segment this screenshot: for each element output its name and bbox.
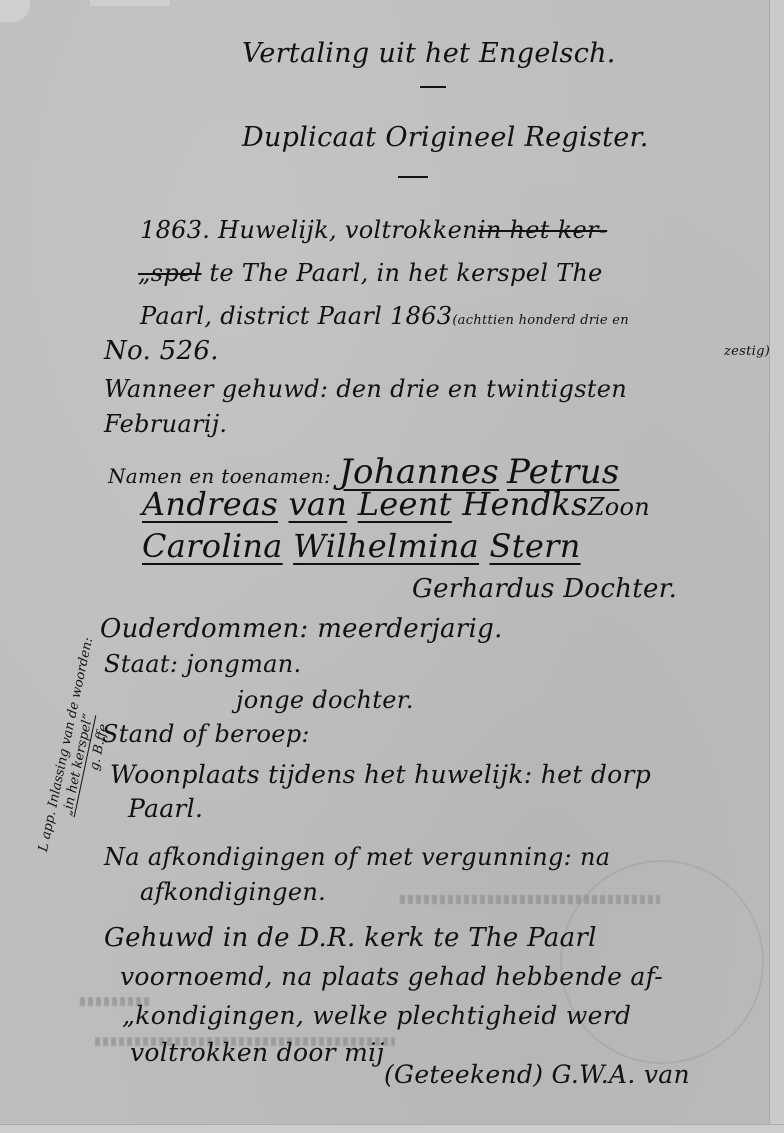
bride-patronym: Gerhardus Dochter. [412,576,677,602]
year-in-words-cont: zestig) [724,345,770,358]
struck-text: in het ker- [478,216,607,244]
bleed-through-text [400,895,660,904]
closing-line-1: Gehuwd in de D.R. kerk te The Paarl [104,925,597,951]
document-page: Vertaling uit het Engelsch. Duplicaat Or… [0,0,784,1133]
groom-surname: Leent [358,485,452,523]
entry-location: te The Paarl, in het kerspel The [202,259,603,287]
married-when-label: Wanneer gehuwd: [104,375,328,403]
ages-label: Ouderdommen: [100,614,309,644]
residence-label: Woonplaats tijdens het huwelijk: [110,760,533,789]
torn-corner [0,0,30,22]
names-row: Namen en toenamen: Johannes Petrus [108,455,620,489]
entry-district: Paarl, district Paarl 1863 [140,302,452,330]
residence-value: het dorp [541,760,651,789]
status-bride: jonge dochter. [236,688,414,712]
bride-surname: Stern [490,527,581,565]
residence-value-cont: Paarl. [128,796,203,821]
banns-value: na [580,843,610,871]
signature-line: (Geteekend) G.W.A. van [384,1062,690,1087]
status-groom: jongman. [186,650,301,678]
document-title: Vertaling uit het Engelsch. [242,40,616,67]
married-when-value-cont: Februarij. [104,412,227,436]
groom-patronym: Hendks [462,485,588,523]
paper-edge-bottom [0,1124,784,1133]
title-divider [420,86,446,88]
closing-line-4: voltrokken door mij [130,1040,385,1065]
bride-first-name: Carolina [142,527,283,565]
status-row: Staat: jongman. [104,652,301,676]
closing-line-2: voornoemd, na plaats gehad hebbende af- [120,964,663,989]
entry-line-2: „spel te The Paarl, in het kerspel The [138,261,603,285]
entry-line-1: 1863. Huwelijk, voltrokkenin het ker- [140,218,607,242]
closing-line-3: „kondigingen, welke plechtigheid werd [122,1003,631,1028]
banns-row: Na afkondigingen of met vergunning: na [104,845,610,869]
banns-value-cont: afkondigingen. [140,880,326,904]
groom-patronym-suffix: Zoon [588,493,650,521]
register-number: No. 526. [104,338,219,364]
occupation-label: Stand of beroep: [102,722,310,746]
groom-van: van [289,485,348,523]
struck-text: „spel [138,259,202,287]
document-subtitle: Duplicaat Origineel Register. [242,124,649,151]
entry-line-3: Paarl, district Paarl 1863(achttien hond… [140,304,629,328]
ages-value: meerderjarig. [317,614,502,644]
groom-names-row: Andreas van Leent HendksZoon [142,488,650,520]
ages-row: Ouderdommen: meerderjarig. [100,616,503,642]
paper-edge-top [90,0,170,6]
bride-names-row: Carolina Wilhelmina Stern [142,530,581,562]
margin-annotation: L app. Inlassing van de woorden: „in het… [36,636,129,860]
entry-year-marriage: 1863. Huwelijk, voltrokken [140,216,478,244]
year-in-words: (achttien honderd drie en [452,313,629,328]
married-when-value: den drie en twintigsten [336,375,627,403]
subtitle-divider [398,176,428,178]
groom-third-name: Andreas [142,485,278,523]
paper-edge-right [769,0,784,1133]
bride-second-name: Wilhelmina [293,527,479,565]
married-when-row: Wanneer gehuwd: den drie en twintigsten [104,377,627,401]
banns-label: Na afkondigingen of met vergunning: [104,843,572,871]
residence-row: Woonplaats tijdens het huwelijk: het dor… [110,762,651,787]
